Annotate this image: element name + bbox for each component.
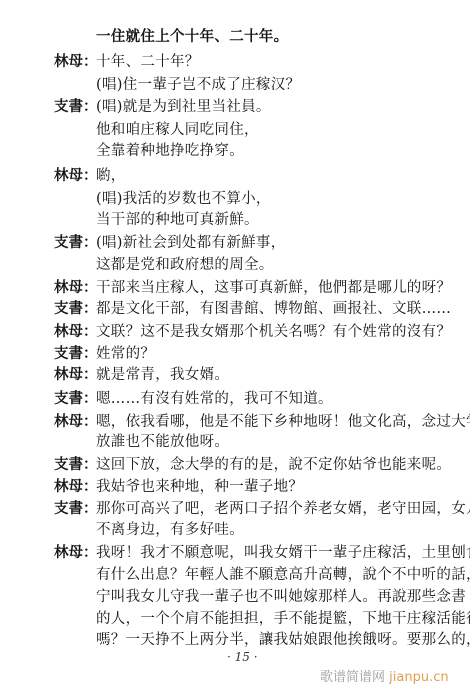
page-number: · 15 · (227, 650, 258, 664)
dialogue-text: 姓常的？ (96, 343, 155, 365)
dialogue-text: (唱)我活的岁数也不算小， (96, 188, 271, 210)
dialogue-text: 十年、二十年？ (96, 51, 200, 73)
dialogue-text: 有什么出息？年輕人誰不願意高升高轉，說个不中听的話， (96, 564, 470, 586)
dialogue-line: 支書：(唱)就是为到社里当社員。 (0, 96, 470, 118)
dialogue-text: 的人，一个个肩不能担担，手不能提籃，下地干庄稼活能行 (96, 608, 470, 630)
dialogue-text: 嗯，依我看哪，他是不能下乡种地呀！他文化高，念过大学， (96, 411, 470, 433)
dialogue-line: (唱)我活的岁数也不算小， (0, 188, 470, 210)
dialogue-line: 林母：十年、二十年？ (0, 51, 470, 73)
dialogue-line: (唱)住一輩子岂不成了庄稼汉？ (0, 74, 470, 96)
speaker-label: 林母： (54, 277, 98, 299)
dialogue-text: (唱)住一輩子岂不成了庄稼汉？ (96, 74, 300, 96)
speaker-label: 林母： (54, 476, 98, 498)
dialogue-text: 他和咱庄稼人同吃同住， (96, 119, 259, 141)
dialogue-line: 林母：干部来当庄稼人，这事可真新鮮，他們都是哪儿的呀？ (0, 277, 470, 299)
dialogue-text: 当干部的种地可真新鮮。 (96, 209, 259, 231)
dialogue-text: 就是常青，我女婿。 (96, 364, 229, 386)
dialogue-line: 林母：嗯，依我看哪，他是不能下乡种地呀！他文化高，念过大学， (0, 411, 470, 433)
speaker-label: 林母： (54, 364, 98, 386)
dialogue-text: 这都是党和政府想的周全。 (96, 254, 274, 276)
document-page: 一住就住上个十年、二十年。林母：十年、二十年？(唱)住一輩子岂不成了庄稼汉？支書… (0, 0, 470, 690)
speaker-label: 支書： (54, 454, 98, 476)
dialogue-line: 支書：那你可高兴了吧，老两口子招个养老女婿，老守田园，女儿 (0, 498, 470, 520)
dialogue-line: 支書：这回下放，念大學的有的是，說不定你姑爷也能来呢。 (0, 454, 470, 476)
dialogue-text: 嗯……有沒有姓常的，我可不知道。 (96, 388, 333, 410)
dialogue-text: 都是文化干部，有图書館、博物館、画报社、文联…… (96, 298, 451, 320)
dialogue-text: 我呀！我才不願意呢，叫我女婿干一輩子庄稼活，土里刨食 (96, 542, 470, 564)
speaker-label: 林母： (54, 51, 98, 73)
speaker-label: 支書： (54, 388, 98, 410)
dialogue-text: 那你可高兴了吧，老两口子招个养老女婿，老守田园，女儿 (96, 498, 470, 520)
dialogue-text: 放誰也不能放他呀。 (96, 431, 229, 453)
dialogue-text: 一住就住上个十年、二十年。 (96, 26, 288, 48)
dialogue-text: 文联？这不是我女婿那个机关名嗎？有个姓常的沒有？ (96, 321, 451, 343)
dialogue-line: 林母：就是常青，我女婿。 (0, 364, 470, 386)
dialogue-line: 嗎？一天挣不上两分半，讓我姑娘跟他挨餓呀。要那么的，压 (0, 629, 470, 651)
dialogue-line: 支書：姓常的？ (0, 343, 470, 365)
speaker-label: 林母： (54, 411, 98, 433)
dialogue-text: (唱)新社会到处都有新鮮事， (96, 232, 286, 254)
watermark-cn: 歌谱简谱网 (320, 670, 385, 685)
dialogue-line: 这都是党和政府想的周全。 (0, 254, 470, 276)
dialogue-line: 不离身边，有多好哇。 (0, 519, 470, 541)
dialogue-line: 林母：喲， (0, 165, 470, 187)
speaker-label: 林母： (54, 165, 98, 187)
dialogue-text: 宁叫我女儿守我一輩子也不叫她嫁那样人。再說那些念書 (96, 586, 466, 608)
dialogue-line: 支書：都是文化干部，有图書館、博物館、画报社、文联…… (0, 298, 470, 320)
dialogue-line: 的人，一个个肩不能担担，手不能提籃，下地干庄稼活能行 (0, 608, 470, 630)
dialogue-text: 喲， (96, 165, 126, 187)
speaker-label: 林母： (54, 321, 98, 343)
dialogue-line: 全靠着种地挣吃挣穿。 (0, 140, 470, 162)
dialogue-line: 放誰也不能放他呀。 (0, 431, 470, 453)
dialogue-text: 不离身边，有多好哇。 (96, 519, 244, 541)
dialogue-text: 嗎？一天挣不上两分半，讓我姑娘跟他挨餓呀。要那么的，压 (96, 629, 470, 651)
speaker-label: 支書： (54, 498, 98, 520)
dialogue-text: 干部来当庄稼人，这事可真新鮮，他們都是哪儿的呀？ (96, 277, 451, 299)
dialogue-line: 宁叫我女儿守我一輩子也不叫她嫁那样人。再說那些念書 (0, 586, 470, 608)
dialogue-line: 一住就住上个十年、二十年。 (0, 26, 470, 48)
dialogue-line: 支書：嗯……有沒有姓常的，我可不知道。 (0, 388, 470, 410)
watermark-en: jianpu.cn (389, 670, 448, 685)
dialogue-line: 当干部的种地可真新鮮。 (0, 209, 470, 231)
dialogue-text: 全靠着种地挣吃挣穿。 (96, 140, 244, 162)
speaker-label: 林母： (54, 542, 98, 564)
speaker-label: 支書： (54, 298, 98, 320)
dialogue-text: 这回下放，念大學的有的是，說不定你姑爷也能来呢。 (96, 454, 451, 476)
dialogue-line: 林母：文联？这不是我女婿那个机关名嗎？有个姓常的沒有？ (0, 321, 470, 343)
dialogue-line: 林母：我呀！我才不願意呢，叫我女婿干一輩子庄稼活，土里刨食 (0, 542, 470, 564)
dialogue-line: 他和咱庄稼人同吃同住， (0, 119, 470, 141)
dialogue-line: 林母：我姑爷也来种地，种一輩子地？ (0, 476, 470, 498)
speaker-label: 支書： (54, 343, 98, 365)
dialogue-line: 有什么出息？年輕人誰不願意高升高轉，說个不中听的話， (0, 564, 470, 586)
dialogue-text: (唱)就是为到社里当社員。 (96, 96, 271, 118)
dialogue-line: 支書：(唱)新社会到处都有新鮮事， (0, 232, 470, 254)
dialogue-text: 我姑爷也来种地，种一輩子地？ (96, 476, 303, 498)
speaker-label: 支書： (54, 232, 98, 254)
site-watermark: 歌谱简谱网 jianpu.cn (320, 666, 449, 685)
speaker-label: 支書： (54, 96, 98, 118)
